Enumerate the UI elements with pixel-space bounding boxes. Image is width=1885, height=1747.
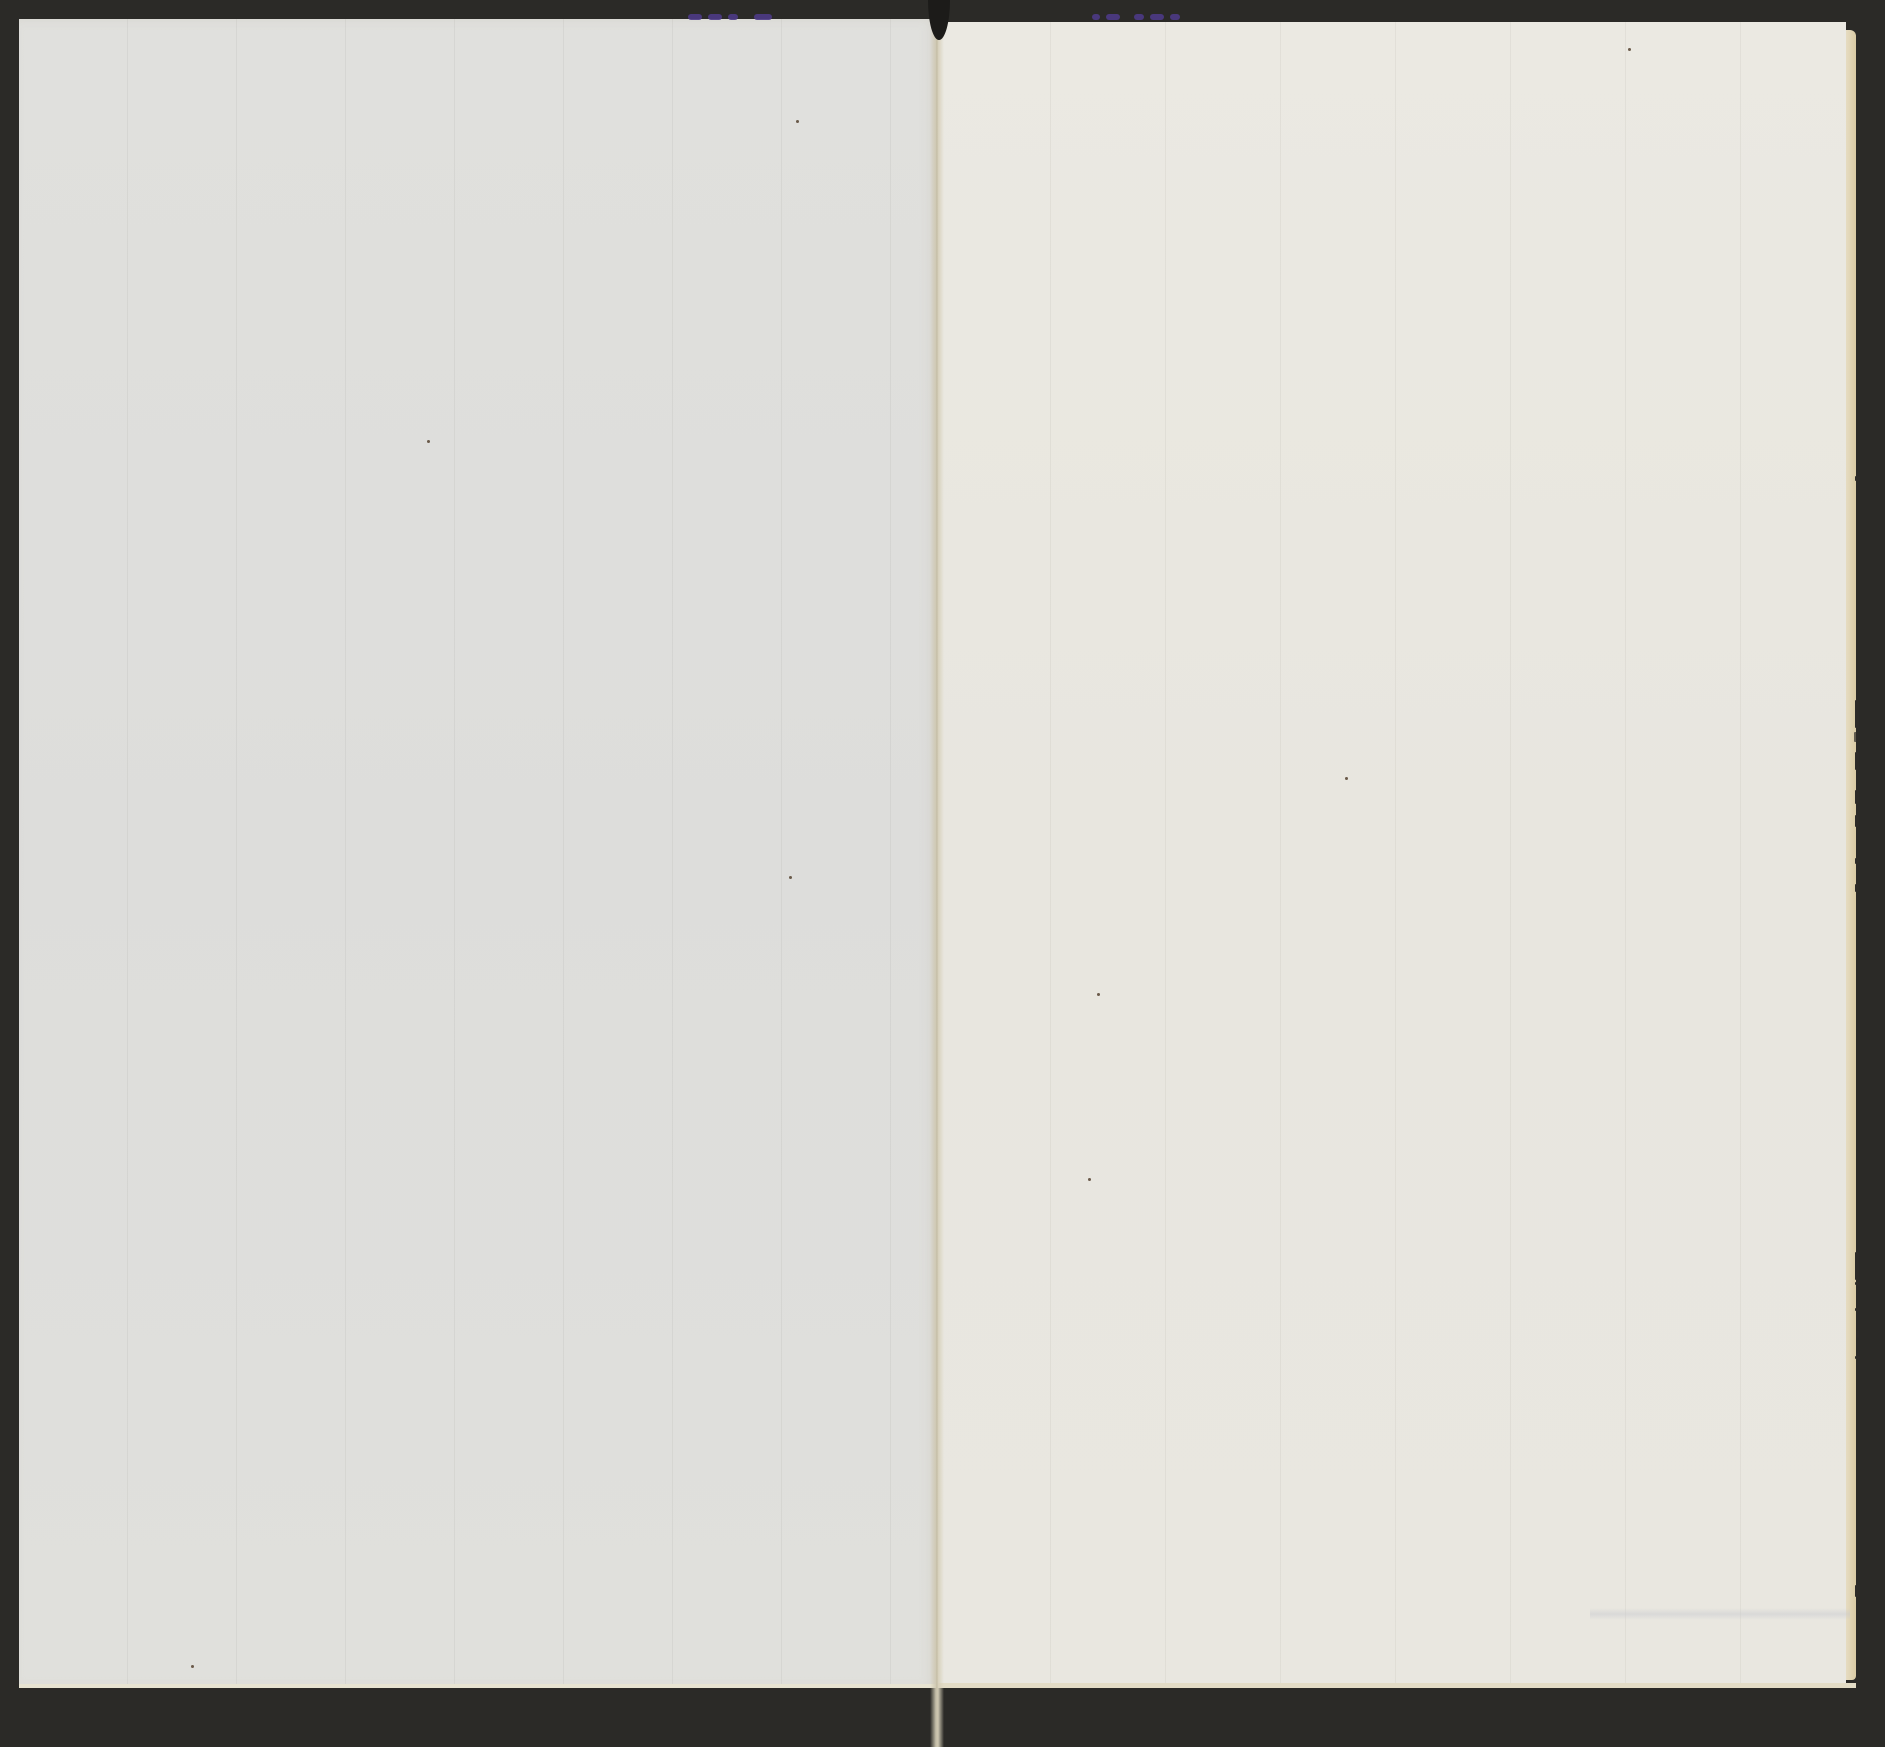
right-page-bottom-edge <box>936 1683 1856 1688</box>
left-page <box>19 19 936 1688</box>
tab-shadow-band <box>1590 1608 1850 1620</box>
right-page-fore-edge <box>1846 30 1856 1680</box>
right-page <box>936 22 1846 1687</box>
stamp-fragment-right <box>1092 14 1180 22</box>
stamp-fragment-left <box>688 14 772 22</box>
book-gutter <box>930 0 944 1747</box>
